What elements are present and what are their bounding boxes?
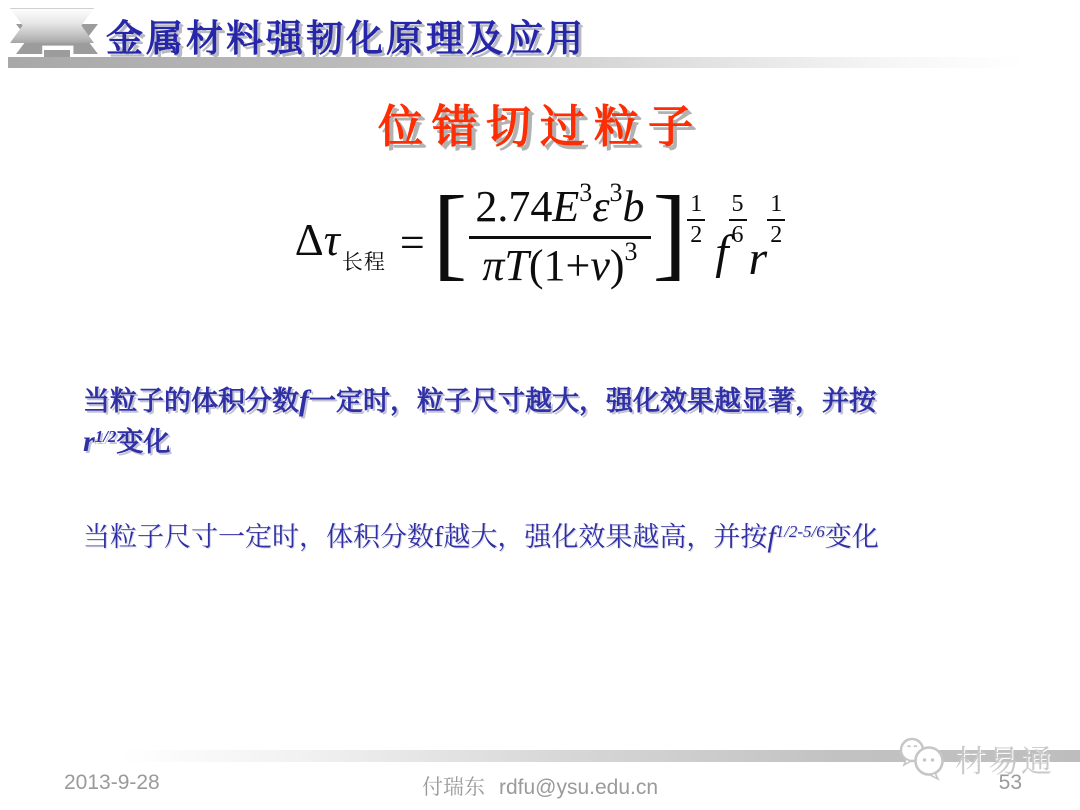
r-exponent-fraction: 12 bbox=[767, 192, 785, 248]
exp-denominator: 3 bbox=[625, 237, 638, 266]
presentation-slide: 金属材料强韧化原理及应用 位错切过粒子 Δτ长程 = [ 2.74E3ε3b π… bbox=[0, 0, 1080, 810]
course-title: 金属材料强韧化原理及应用 bbox=[106, 8, 586, 62]
r-exp-den: 2 bbox=[770, 221, 782, 248]
formula-fraction: 2.74E3ε3b πT(1+ν)3 bbox=[469, 182, 650, 291]
open-bracket: [ bbox=[433, 185, 468, 281]
page-number: 53 bbox=[999, 771, 1022, 795]
bracket-exp-den: 2 bbox=[690, 221, 702, 248]
f-exp-den: 6 bbox=[732, 221, 744, 248]
coefficient: 2.74 bbox=[475, 182, 552, 231]
close-bracket: ] bbox=[653, 185, 688, 281]
delta-symbol: Δ bbox=[295, 215, 324, 265]
var-b: b bbox=[623, 182, 645, 231]
var-T: T bbox=[504, 241, 528, 290]
ribbon-logo-front-shape bbox=[10, 8, 94, 43]
f-exp-num: 5 bbox=[729, 192, 747, 221]
r-exp-num: 1 bbox=[767, 192, 785, 221]
var-r: r bbox=[749, 231, 768, 286]
para1-text: 当粒子的体积分数 bbox=[83, 386, 299, 416]
f-exponent-fraction: 56 bbox=[729, 192, 747, 248]
para1-r-exponent: 1/2 bbox=[95, 427, 117, 446]
formula-lhs-subscript: 长程 bbox=[342, 250, 386, 274]
paren-open: (1+ bbox=[529, 241, 590, 290]
equals-sign: = bbox=[400, 217, 425, 268]
var-epsilon: ε bbox=[592, 182, 609, 231]
slide-title: 位错切过粒子 bbox=[0, 90, 1080, 155]
exp-epsilon: 3 bbox=[610, 178, 623, 207]
bracket-exponent-fraction: 12 bbox=[687, 192, 705, 248]
tau-symbol: τ bbox=[324, 215, 340, 265]
paren-close: ) bbox=[610, 241, 625, 290]
footer-author-email: 付瑞东rdfu@ysu.edu.cn bbox=[0, 771, 1080, 801]
para1-var-f: f bbox=[299, 384, 309, 417]
para2-text: 当粒子尺寸一定时，体积分数 bbox=[83, 522, 434, 552]
var-E: E bbox=[552, 182, 579, 231]
fraction-denominator: πT(1+ν)3 bbox=[476, 239, 643, 292]
para2-text-cont: 越大，强化效果越高，并按 bbox=[443, 522, 767, 552]
exp-E: 3 bbox=[579, 178, 592, 207]
para1-text-cont: 一定时，粒子尺寸越大，强化效果越显著，并按 bbox=[309, 386, 876, 416]
para2-var-f2: f bbox=[767, 520, 775, 553]
para1-text-end: 变化 bbox=[116, 427, 170, 457]
para2-text-end: 变化 bbox=[825, 522, 879, 552]
para2-var-f1: f bbox=[434, 522, 443, 553]
para2-f-exponent: 1/2-5/6 bbox=[776, 522, 825, 541]
formula: Δτ长程 = [ 2.74E3ε3b πT(1+ν)3 ] 12 f 56 r … bbox=[0, 182, 1080, 291]
fraction-numerator: 2.74E3ε3b bbox=[469, 182, 650, 239]
var-f: f bbox=[715, 225, 728, 280]
bracket-exp-num: 1 bbox=[687, 192, 705, 221]
body-paragraph-1: 当粒子的体积分数f一定时，粒子尺寸越大，强化效果越显著，并按 r1/2变化 bbox=[83, 383, 1023, 460]
para1-var-r: r bbox=[83, 425, 95, 458]
ribbon-logo-icon bbox=[10, 6, 98, 60]
footer-email: rdfu@ysu.edu.cn bbox=[499, 776, 658, 799]
var-nu: ν bbox=[590, 241, 610, 290]
footer-author: 付瑞东 bbox=[422, 776, 485, 799]
header-divider-bar bbox=[8, 57, 1024, 68]
formula-lhs: Δτ长程 bbox=[295, 214, 386, 276]
var-pi: π bbox=[482, 241, 504, 290]
body-paragraph-2: 当粒子尺寸一定时，体积分数f越大，强化效果越高，并按f1/2-5/6变化 bbox=[83, 514, 1023, 556]
